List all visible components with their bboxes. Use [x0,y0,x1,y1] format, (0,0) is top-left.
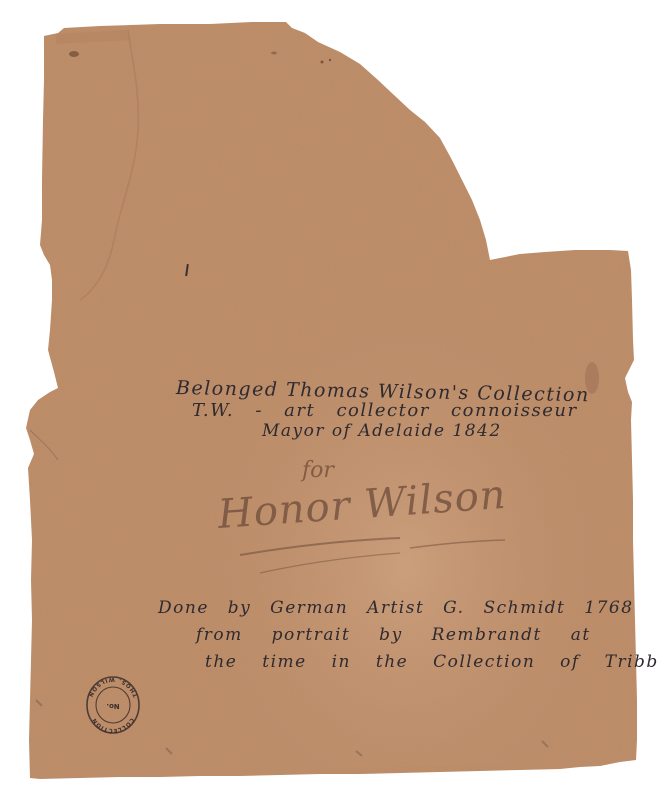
pencil-for-label: for [302,458,334,483]
description-line-3: the time in the Collection of Tribble [205,652,657,672]
description-line-2: from portrait by Rembrandt at [196,625,591,645]
inscription-line-2: T.W. - art collector connoisseur [192,400,578,421]
document-paper: Belonged Thomas Wilson's Collection T.W.… [0,0,657,800]
inscription-line-3: Mayor of Adelaide 1842 [262,421,502,441]
collection-stamp: COLLECTION THOS. WILSON No. [86,677,140,735]
stamp-number-label: No. [86,677,140,735]
description-line-1: Done by German Artist G. Schmidt 1768 [158,598,634,618]
